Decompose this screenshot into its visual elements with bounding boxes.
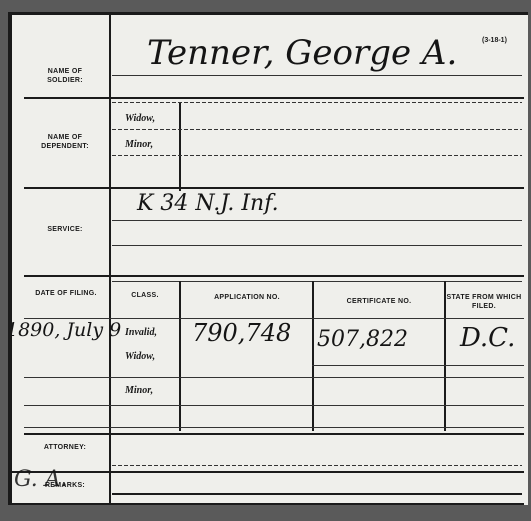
service-line: [112, 220, 522, 221]
row-line: [312, 365, 524, 366]
class-minor: Minor,: [125, 385, 153, 396]
divider: [24, 275, 524, 277]
minor-label: Minor,: [125, 139, 153, 150]
application-header: Application No.: [182, 293, 312, 302]
pension-index-card: (3-18-1) Name of Soldier: Tenner, George…: [8, 12, 528, 505]
divider: [112, 281, 522, 282]
remarks-value: G. A.: [14, 467, 68, 492]
class-invalid: Invalid,: [125, 327, 157, 338]
row-line: [24, 405, 524, 406]
certificate-header: Certificate No.: [314, 297, 444, 306]
divider: [12, 471, 524, 473]
divider: [24, 187, 524, 189]
date-header: Date of Filing.: [24, 289, 108, 298]
divider: [24, 97, 524, 99]
soldier-name: Tenner, George A.: [147, 33, 457, 73]
filing-date: 1890, July 9: [8, 319, 121, 341]
dependent-divider: [179, 103, 181, 191]
state-filed: D.C.: [460, 323, 515, 353]
divider: [24, 427, 524, 428]
divider: [24, 433, 524, 435]
soldier-line: [112, 75, 522, 76]
state-header: State from which filed.: [446, 293, 522, 311]
soldier-label: Name of Soldier:: [30, 67, 100, 85]
minor-line: [112, 155, 522, 156]
class-column-divider: [179, 281, 181, 431]
form-id: (3-18-1): [482, 37, 507, 44]
row-line: [24, 377, 524, 378]
bottom-border: [12, 503, 524, 505]
class-header: Class.: [112, 291, 178, 300]
attorney-label: Attorney:: [30, 443, 100, 452]
widow-line: [112, 129, 522, 130]
label-column-divider: [109, 15, 111, 505]
dependent-label: Name of Dependent:: [30, 133, 100, 151]
attorney-line: [112, 465, 522, 466]
certificate-number: 507,822: [317, 327, 408, 352]
service-value: K 34 N.J. Inf.: [137, 191, 279, 216]
class-widow: Widow,: [125, 351, 155, 362]
divider: [112, 102, 522, 103]
service-label: Service:: [30, 225, 100, 234]
application-number: 790,748: [192, 319, 291, 347]
service-line: [112, 245, 522, 246]
widow-label: Widow,: [125, 113, 155, 124]
remarks-line: [112, 493, 522, 495]
